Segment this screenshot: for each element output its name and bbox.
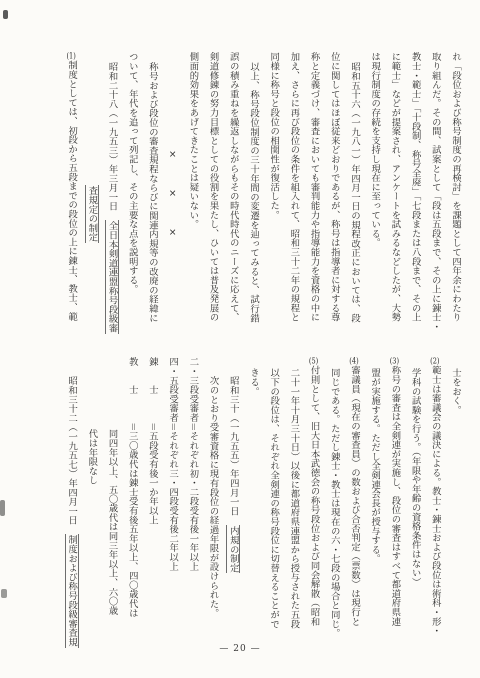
item-number: (4) xyxy=(349,357,359,366)
text-line: 剣道修錬の努力目標としての役割を果たし、ひいては普及発展の xyxy=(202,52,222,334)
text-line: 昭和五十六（一九八一）年四月一日の規程改正においては、段 xyxy=(344,52,364,334)
text-line: 同じである。ただし錬士・教士は現在の六・七段の場合と同じ。 xyxy=(324,357,344,639)
text-line: 昭和二十八（一九五三）年三月一日 全日本剣道連盟称号段級審 xyxy=(101,52,121,334)
scan-artifact xyxy=(3,10,8,19)
text-line: 教 士 ＝三〇歳代は錬士受有後五年以上、四〇歳代は xyxy=(122,357,142,639)
page-number: — 20 — xyxy=(0,644,480,654)
text-line: 同様に称号と段位の相関性が復活した。 xyxy=(263,52,283,334)
text-line: 以上、称号段位制度の三十年間の変遷を辿ってみると、試行錯 xyxy=(243,52,263,334)
text-line: 査規定の制定 xyxy=(81,52,101,334)
scan-artifact xyxy=(1,589,7,598)
text-line: 四・五段受審者＝それぞれ三・四段受有後二年以上 xyxy=(162,357,182,639)
text-line: 称と定義づけ、審査においても審判能力や指導能力を資格の中に xyxy=(303,52,323,334)
text-line: 同四年以上、五〇歳代は同三年以上、六〇歳 xyxy=(101,357,121,639)
text-line: 学科の試験を行う。（年限や年齢の資格条件はない） xyxy=(404,357,424,639)
item-number: (2) xyxy=(430,357,440,366)
text-line: は現行制度の存続を支持し現在に至っている。 xyxy=(364,52,384,334)
text-line: 二・三段受審者＝それぞれ初・二段受有後一年以上 xyxy=(182,357,202,639)
text-band-top: れ「段位および称号制度の再検討」を課題として四年余にわたり取り組んだ。その間、試… xyxy=(61,52,465,334)
text-line: 代は年限なし xyxy=(81,357,101,639)
text-line: 加え、さらに再び段位の条件を組入れて、昭和三十二年の規程と xyxy=(283,52,303,334)
text-line: 二十一年十月三十日）以後に都道府県連盟から授与された五段 xyxy=(283,357,303,639)
text-line: 教士・範士」「十段制、称号全廃」「七段または八段まで、その上 xyxy=(404,52,424,334)
text-line: 位に関してはほぼ従来どおりであるが、称号は指導者に対する尊 xyxy=(324,52,344,334)
text-line: 昭和三十（一九五五）年四月一日 内規の制定 xyxy=(223,357,243,639)
text-band-bottom: 士をおく。(2)範士は審議会の議決による。教士・錬士および段位は術科・形・学科の… xyxy=(61,357,465,639)
item-number: (1) xyxy=(66,52,76,61)
text-line: 側面的効果をあげてきたことは疑いない。 xyxy=(182,52,202,334)
scanned-page: れ「段位および称号制度の再検討」を課題として四年余にわたり取り組んだ。その間、試… xyxy=(0,0,480,678)
text-line: (3)称号の審査は全剣連が実施し、段位の審査はすべて都道府県連 xyxy=(384,357,404,639)
underlined-heading-text: 制度および称号段級審査規 xyxy=(65,534,79,648)
text-line: 士をおく。 xyxy=(445,357,465,639)
text-line: 称号および段位の審査規程ならびに関連内規等の改廃の経緯に xyxy=(142,52,162,334)
text-line: × × × xyxy=(162,52,182,334)
text-line: (2)範士は審議会の議決による。教士・錬士および段位は術科・形・ xyxy=(425,357,445,639)
text-line: 次のとおり受審資格に現有段位の経過年限が設けられた。 xyxy=(202,357,222,639)
text-line: (5)付則として、旧大日本武徳会の称号段位および同会解散（昭和 xyxy=(303,357,323,639)
text-line: 誤の積み重ねを繰返しながらもその時代時代のニーズに応えて、 xyxy=(223,52,243,334)
text-line: きる。 xyxy=(243,357,263,639)
text-line: れ「段位および称号制度の再検討」を課題として四年余にわたり xyxy=(445,52,465,334)
text-line: 昭和三十二（一九五七）年四月一日 制度および称号段級審査規 xyxy=(61,357,81,639)
text-line: 錬 士 ＝五段受有後一か年以上 xyxy=(142,357,162,639)
text-line: に範士」などが提案され、アンケートを試みるなどしたが、大勢 xyxy=(384,52,404,334)
underlined-heading-text: 全日本剣道連盟称号段級審 xyxy=(105,220,119,334)
item-number: (3) xyxy=(389,357,399,366)
text-line: 取り組んだ。その間、試案として「段は五段まで、その上に錬士・ xyxy=(425,52,445,334)
text-line: ついて、年代を追って列記し、その主要な点を説明する。 xyxy=(122,52,142,334)
text-line: (4)審議員（現在の審査員）の数および合否判定（票数）は現行と xyxy=(344,357,364,639)
underlined-heading-text: 査規定の制定 xyxy=(85,185,99,243)
scan-artifact xyxy=(0,500,5,516)
text-line: 盟が実施する。ただし全剣連会長が授与する。 xyxy=(364,357,384,639)
item-number: (5) xyxy=(309,357,319,366)
text-line: (1)制度としては、初段から五段までの段位の上に錬士、教士、範 xyxy=(61,52,81,334)
text-line: 以下の段位は、それぞれ全剣連の称号段位に切替えることがで xyxy=(263,357,283,639)
underlined-heading-text: 内規の制定 xyxy=(226,525,240,574)
